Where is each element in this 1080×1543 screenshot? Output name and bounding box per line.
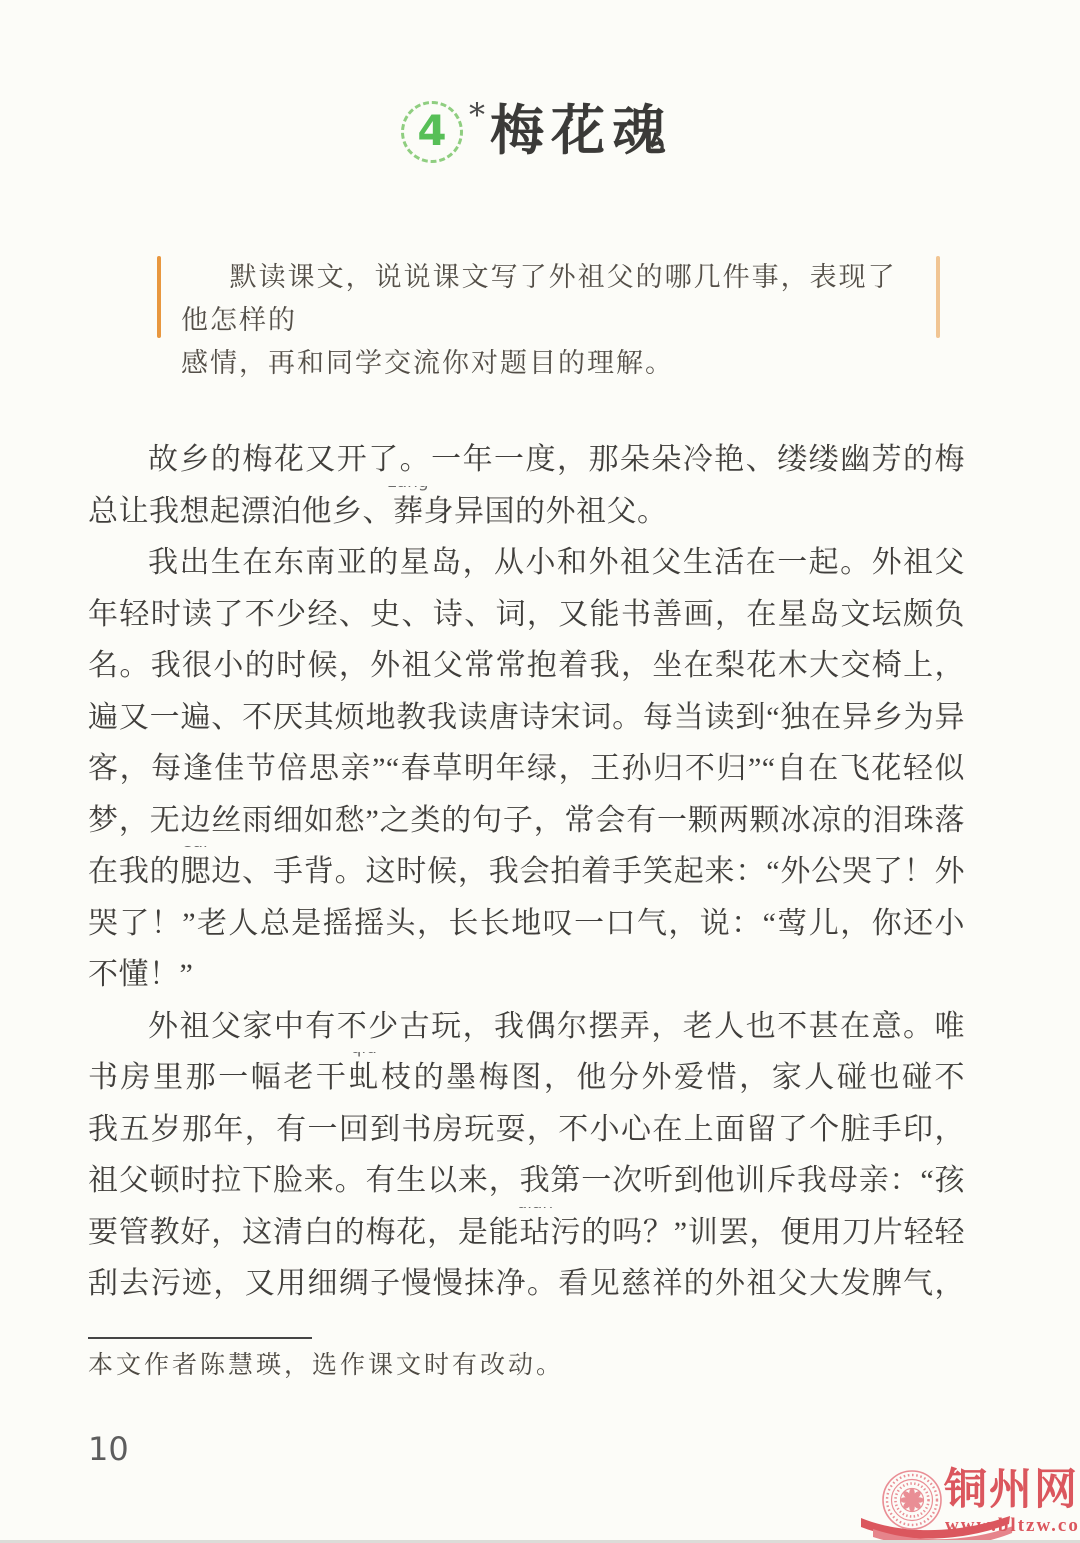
text-line: 年轻时读了不少经、史、诗、词，又能书善画，在星岛文坛颇负盛	[88, 589, 965, 641]
lesson-asterisk: *	[469, 96, 485, 134]
text-line: 客，每逢佳节倍思亲”“春草明年绿，王孙归不归”“自在飞花轻似	[88, 743, 965, 795]
text-line: 书房里那一幅老干qiú虬枝的墨梅图，他分外爱惜，家人碰也碰不得。	[88, 1052, 965, 1104]
text-line: 不懂！”	[88, 949, 965, 1001]
pinyin-label: sāi	[184, 846, 208, 851]
paragraph: 我出生在东南亚的星岛，从小和外祖父生活在一起。外祖父年轻时读了不少经、史、诗、词…	[88, 537, 965, 1001]
textbook-page: 4 * 梅花魂 默读课文，说说课文写了外祖父的哪几件事，表现了他怎样的感情，再和…	[0, 0, 1080, 1543]
text-line: 祖父顿时拉下脸来。有生以来，我第一次听到他训斥我母亲：“孩子	[88, 1155, 965, 1207]
footnote-text: 本文作者陈慧瑛，选作课文时有改动。	[88, 1345, 564, 1381]
instruction-left-bar	[157, 256, 161, 338]
text-line: 总让我想起漂泊他乡、zàng葬身异国的外祖父。	[88, 486, 965, 538]
pinyin-label: diàn	[516, 1207, 553, 1212]
page-number: 10	[88, 1430, 129, 1468]
ruby-base: zàng葬	[393, 486, 424, 538]
text-line: 遍又一遍、不厌其烦地教我读唐诗宋词。每当读到“独在异乡为异	[88, 692, 965, 744]
instruction-right-bar	[936, 256, 940, 338]
watermark-site-name: 铜州网	[944, 1468, 1079, 1514]
pinyin-label: qiú	[351, 1052, 377, 1057]
instruction-line: 感情，再和同学交流你对题目的理解。	[181, 342, 912, 385]
footnote-divider	[88, 1337, 312, 1339]
body-text: 故乡的梅花又开了。一年一度，那朵朵冷艳、缕缕幽芳的梅花，总让我想起漂泊他乡、zà…	[88, 434, 965, 1310]
text-line: 要管教好，这清白的梅花，是能diàn玷污的吗？”训罢，便用刀片轻轻	[88, 1207, 965, 1259]
text-line: 哭了！”老人总是摇摇头，长长地叹一口气，说：“莺儿，你还小呢，	[88, 898, 965, 950]
text-line: 名。我很小的时候，外祖父常常抱着我，坐在梨花木大交椅上，一	[88, 640, 965, 692]
text-line: 我出生在东南亚的星岛，从小和外祖父生活在一起。外祖父	[88, 537, 965, 589]
text-line: 在我的sāi腮边、手背。这时候，我会拍着手笑起来：“外公哭了！外公	[88, 846, 965, 898]
watermark-site-url: www.bltzw.com	[945, 1515, 1080, 1537]
ruby-base: qiú虬	[348, 1052, 379, 1104]
instruction-text: 默读课文，说说课文写了外祖父的哪几件事，表现了他怎样的感情，再和同学交流你对题目…	[181, 256, 912, 385]
lesson-number-badge: 4	[401, 101, 463, 163]
paragraph: 故乡的梅花又开了。一年一度，那朵朵冷艳、缕缕幽芳的梅花，总让我想起漂泊他乡、zà…	[88, 434, 965, 537]
text-line: 梦，无边丝雨细如愁”之类的句子，常会有一颗两颗冰凉的泪珠落	[88, 795, 965, 847]
paragraph: 外祖父家中有不少古玩，我偶尔摆弄，老人也不甚在意。唯独书房里那一幅老干qiú虬枝…	[88, 1001, 965, 1310]
text-line: 故乡的梅花又开了。一年一度，那朵朵冷艳、缕缕幽芳的梅花，	[88, 434, 965, 486]
watermark: 铜州网 www.bltzw.com	[855, 1458, 1080, 1543]
pinyin-label: zàng	[388, 486, 429, 491]
instruction-box: 默读课文，说说课文写了外祖父的哪几件事，表现了他怎样的感情，再和同学交流你对题目…	[157, 254, 940, 344]
text-line: 外祖父家中有不少古玩，我偶尔摆弄，老人也不甚在意。唯独	[88, 1001, 965, 1053]
lesson-number: 4	[417, 110, 446, 154]
ruby-base: diàn玷	[520, 1207, 551, 1259]
text-line: 刮去污迹，又用细绸子慢慢抹净。看见慈祥的外祖父大发脾气，我	[88, 1258, 965, 1310]
text-line: 我五岁那年，有一回到书房玩耍，不小心在上面留了个脏手印，外	[88, 1104, 965, 1156]
ruby-base: sāi腮	[180, 846, 211, 898]
instruction-line: 默读课文，说说课文写了外祖父的哪几件事，表现了他怎样的	[181, 256, 912, 342]
page-title: 梅花魂	[490, 100, 673, 162]
